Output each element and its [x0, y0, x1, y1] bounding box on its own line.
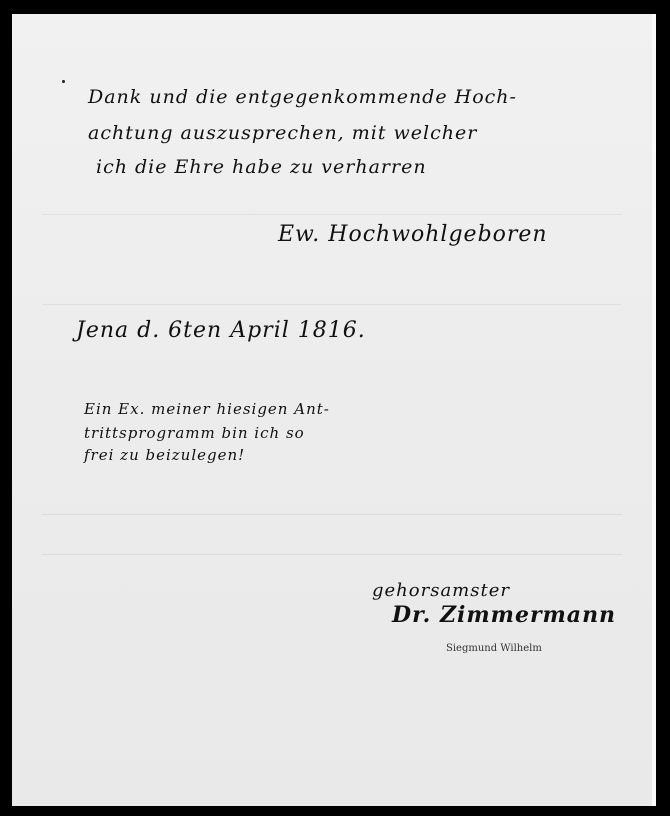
body-line-2: achtung auszusprechen, mit welcher: [88, 122, 477, 144]
postscript-line-2: trittsprogramm bin ich so: [84, 424, 305, 442]
bleed-through-line: [42, 304, 622, 305]
body-line-1: Dank und die entgegenkommende Hoch-: [88, 86, 517, 108]
postscript-line-3: frei zu beizulegen!: [84, 446, 245, 464]
bleed-through-line: [42, 554, 622, 555]
closing-salutation: Ew. Hochwohlgeboren: [278, 222, 548, 247]
signature-name: Dr. Zimmermann: [392, 602, 616, 628]
signature-line-1: gehorsamster: [372, 580, 510, 601]
bleed-through-line: [42, 514, 622, 515]
date-line: Jena d. 6ten April 1816.: [76, 318, 366, 343]
bleed-through-line: [42, 214, 622, 215]
body-line-3: ich die Ehre habe zu verharren: [96, 156, 427, 178]
ink-speck: [62, 80, 65, 83]
archival-annotation: Siegmund Wilhelm: [446, 643, 542, 654]
postscript-line-1: Ein Ex. meiner hiesigen Ant-: [84, 400, 330, 418]
